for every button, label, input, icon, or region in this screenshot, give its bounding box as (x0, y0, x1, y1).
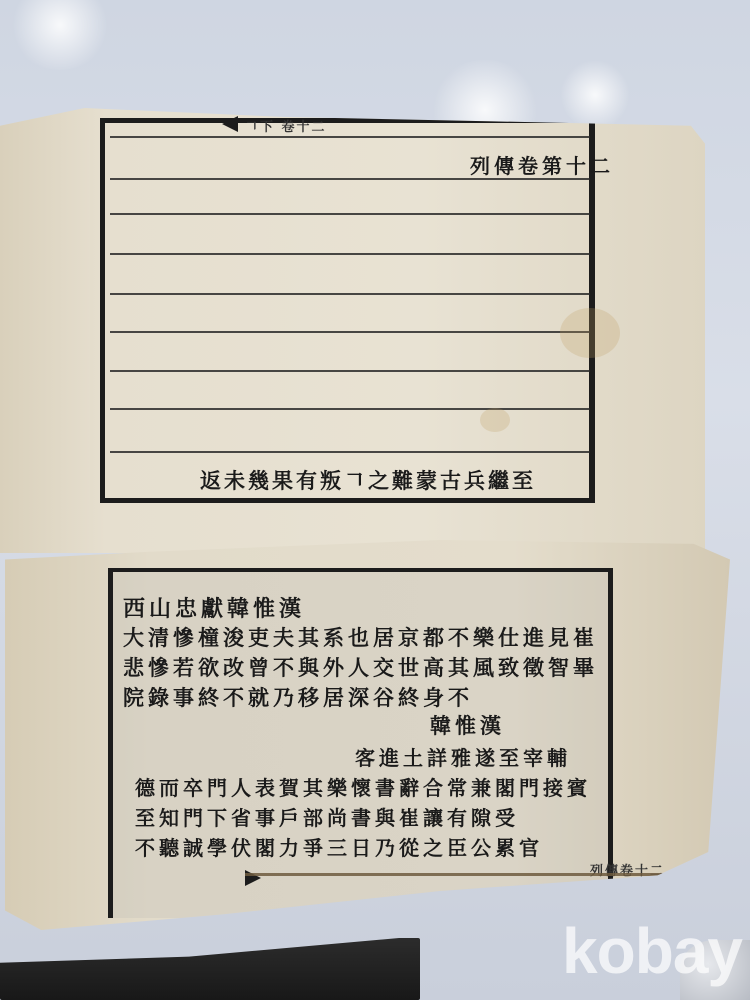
watermark: kobay (562, 914, 742, 988)
margin-small-text: 𠃍下 卷十二 (245, 116, 327, 135)
top-book-page: 𠃍下 卷十二 列傳卷第十二 返未幾果有叛𠃍之難蒙古兵繼至 (0, 108, 705, 553)
text-column: 德而卒門人表賀其樂懷書辭合常兼閣門接賓 (135, 772, 591, 801)
text-column: 院錄事終不就乃移居深谷終身不 (123, 682, 473, 712)
bottom-book-page: 西山忠獻韓惟漢 大清慘橦浚吏夫其系也居京都不樂仕進見崔 悲慘若欲改曾不與外人交世… (5, 540, 730, 930)
dark-wooden-object (0, 938, 420, 1000)
light-glare (560, 60, 630, 130)
column-rule (110, 136, 590, 138)
text-column: 悲慘若欲改曾不與外人交世高其風致徵智畢 (123, 652, 598, 682)
last-text-column: 返未幾果有叛𠃍之難蒙古兵繼至 (200, 465, 536, 495)
column-rule (110, 370, 590, 372)
text-column: 韓惟漢 (430, 710, 505, 740)
text-column: 大清慘橦浚吏夫其系也居京都不樂仕進見崔 (123, 622, 598, 652)
column-rule (110, 213, 590, 215)
column-rule (110, 408, 590, 410)
text-column: 至知門下省事戶部尚書與崔讓有隙受 (135, 802, 519, 831)
margin-title: 列傳卷第十二 (470, 150, 614, 179)
margin-small-text: 列傳卷十二 (590, 860, 665, 879)
text-column: 西山忠獻韓惟漢 (123, 592, 305, 623)
column-rule (110, 331, 590, 333)
text-column: 客進土詳雅遂至宰輔 (355, 742, 571, 771)
paper-stain (480, 408, 510, 432)
light-glare (10, 0, 110, 70)
text-column: 不聽誠學伏閣力爭三日乃從之臣公累官 (135, 832, 543, 861)
page-edge (245, 873, 715, 876)
paper-stain (560, 308, 620, 358)
column-rule (110, 451, 590, 453)
column-rule (110, 293, 590, 295)
column-rule (110, 253, 590, 255)
